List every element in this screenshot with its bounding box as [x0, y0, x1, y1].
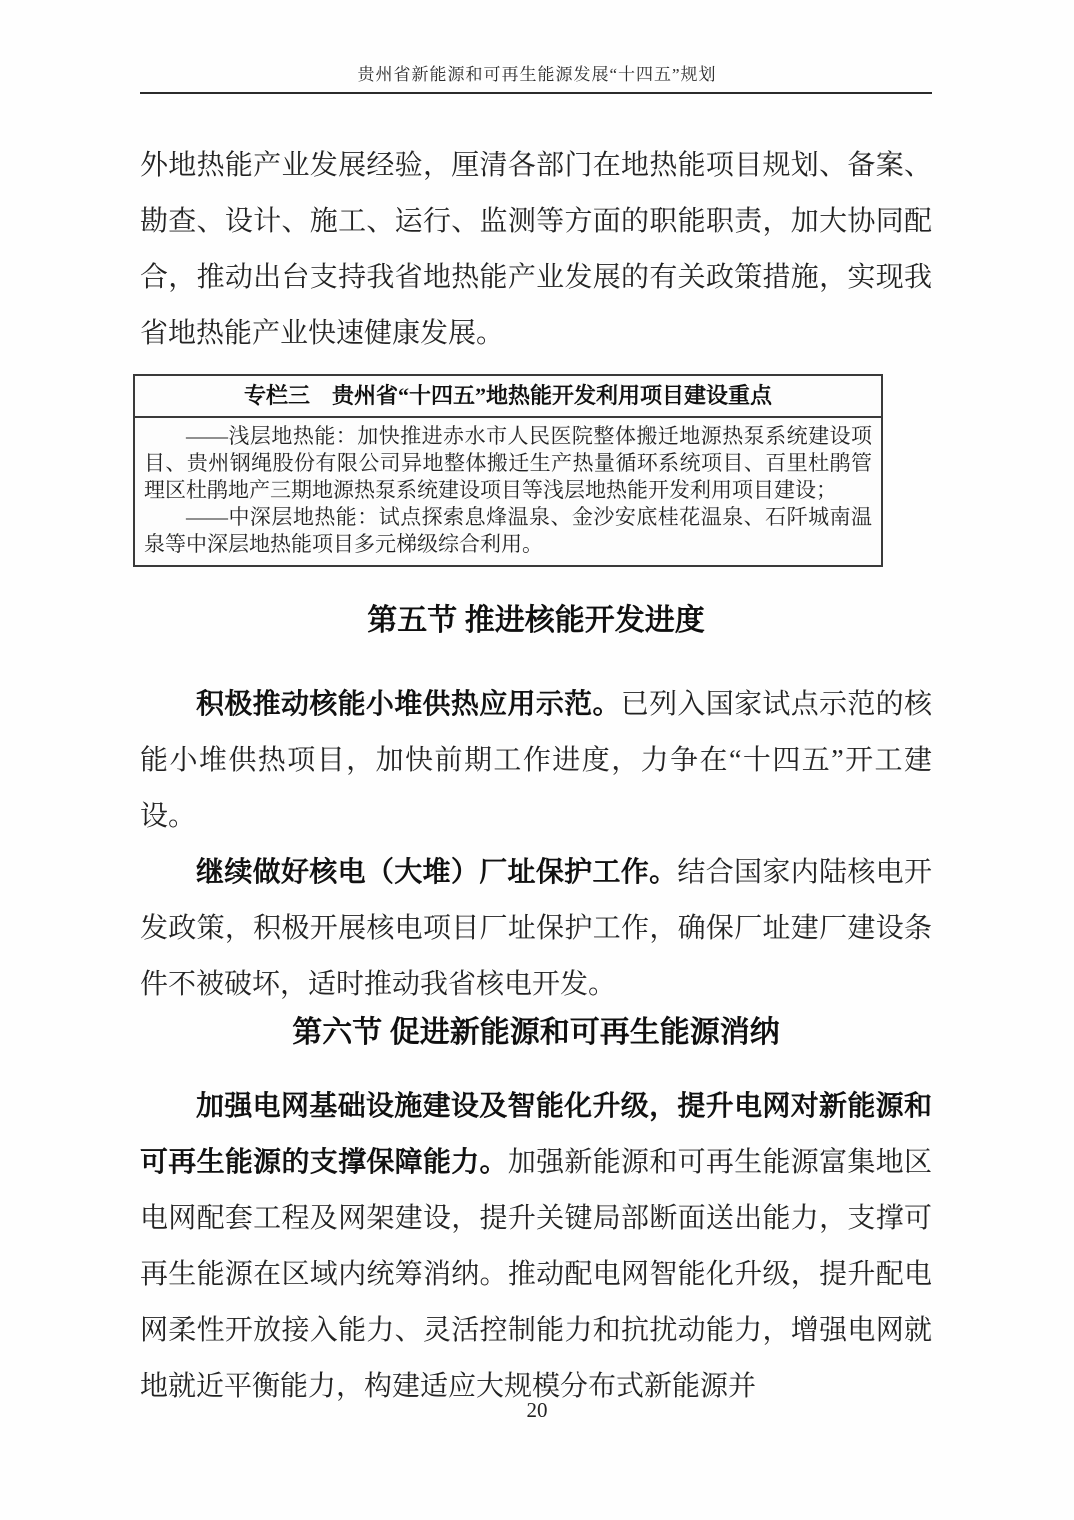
- highlight-box-title: 专栏三 贵州省“十四五”地热能开发利用项目建设重点: [135, 376, 881, 416]
- highlight-box-body: ——浅层地热能：加快推进赤水市人民医院整体搬迁地源热泵系统建设项目、贵州钢绳股份…: [135, 418, 881, 565]
- page-header-title: 贵州省新能源和可再生能源发展“十四五”规划: [0, 0, 1074, 85]
- header-rule: [140, 92, 932, 94]
- page-content: 外地热能产业发展经验，厘清各部门在地热能项目规划、备案、勘查、设计、施工、运行、…: [140, 138, 932, 1415]
- highlight-box-column3: 专栏三 贵州省“十四五”地热能开发利用项目建设重点 ——浅层地热能：加快推进赤水…: [133, 374, 883, 567]
- document-page: 贵州省新能源和可再生能源发展“十四五”规划 外地热能产业发展经验，厘清各部门在地…: [0, 0, 1074, 1520]
- section-6-paragraph-1-rest: 加强新能源和可再生能源富集地区电网配套工程及网架建设，提升关键局部断面送出能力，…: [140, 1147, 932, 1402]
- highlight-box-item-shallow-geothermal: ——浅层地热能：加快推进赤水市人民医院整体搬迁地源热泵系统建设项目、贵州钢绳股份…: [144, 423, 872, 504]
- section-5-paragraph-2: 继续做好核电（大堆）厂址保护工作。结合国家内陆核电开发政策，积极开展核电项目厂址…: [140, 845, 932, 1013]
- section-5-paragraph-1-lead: 积极推动核能小堆供热应用示范。: [196, 689, 621, 720]
- section-5-paragraph-2-lead: 继续做好核电（大堆）厂址保护工作。: [196, 857, 677, 888]
- section-6-heading: 第六节 促进新能源和可再生能源消纳: [140, 1013, 932, 1053]
- section-5-heading: 第五节 推进核能开发进度: [140, 601, 932, 641]
- highlight-box-item-deep-geothermal: ——中深层地热能：试点探索息烽温泉、金沙安底桂花温泉、石阡城南温泉等中深层地热能…: [144, 504, 872, 558]
- page-number: 20: [0, 1398, 1074, 1423]
- section-5-paragraph-1: 积极推动核能小堆供热应用示范。已列入国家试点示范的核能小堆供热项目，加快前期工作…: [140, 677, 932, 845]
- section-6-paragraph-1: 加强电网基础设施建设及智能化升级，提升电网对新能源和可再生能源的支撑保障能力。加…: [140, 1079, 932, 1415]
- body-paragraph-continuation: 外地热能产业发展经验，厘清各部门在地热能项目规划、备案、勘查、设计、施工、运行、…: [140, 138, 932, 362]
